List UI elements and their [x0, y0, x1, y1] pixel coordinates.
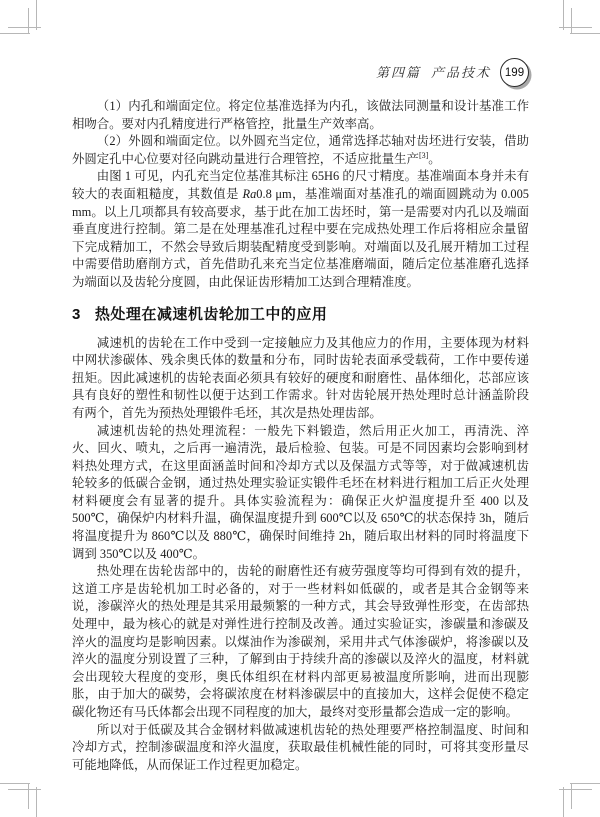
- citation-ref: [3]: [419, 151, 428, 160]
- running-head-text: 第四篇产品技术: [376, 62, 491, 83]
- paragraph-locating-method-1: （1）内孔和端面定位。将定位基准选择为内孔，该做法同测量和设计基准工作相吻合。要…: [72, 98, 529, 133]
- paragraph-conclusion: 所以对于低碳及其合金钢材料做减速机齿轮的热处理要严格控制温度、时间和冷却方式，控…: [72, 722, 529, 775]
- paragraph-datum-precision: 由图 1 可见，内孔充当定位基准其标注 65H6 的尺寸精度。基准端面本身并未有…: [72, 168, 529, 291]
- running-head: 第四篇产品技术 199: [376, 58, 529, 87]
- page-body: （1）内孔和端面定位。将定位基准选择为内孔，该做法同测量和设计基准工作相吻合。要…: [72, 98, 529, 774]
- paragraph-text: （2）外圆和端面定位。以外圆充当定位，通常选择芯轴对齿坯进行安装，借助外圆定孔中…: [72, 134, 529, 166]
- section-label: 第四篇: [376, 65, 421, 80]
- section-3-heading: 3热处理在减速机齿轮加工中的应用: [72, 303, 529, 324]
- paragraph-gear-stress: 减速机的齿轮在工作中受到一定接触应力及其他应力的作用，主要体现为材料中网状渗碳体…: [72, 335, 529, 423]
- crop-mark-top-right: [558, 0, 600, 42]
- crop-mark-bottom-right: [558, 775, 600, 817]
- crop-mark-bottom-left: [0, 775, 42, 817]
- paragraph-heat-treatment-process: 减速机齿轮的热处理流程：一般先下料锻造，然后用正火加工，再清洗、淬火、回火、喷丸…: [72, 423, 529, 564]
- section-title: 产品技术: [431, 65, 491, 80]
- roughness-symbol: Ra: [243, 187, 257, 201]
- page-number: 199: [505, 67, 524, 79]
- page-number-badge: 199: [500, 58, 529, 87]
- crop-mark-top-left: [0, 0, 42, 42]
- paragraph-text: 。: [428, 152, 440, 166]
- section-number: 3: [72, 306, 81, 323]
- scanned-book-page: 第四篇产品技术 199 （1）内孔和端面定位。将定位基准选择为内孔，该做法同测量…: [0, 0, 600, 817]
- paragraph-locating-method-2: （2）外圆和端面定位。以外圆充当定位，通常选择芯轴对齿坯进行安装，借助外圆定孔中…: [72, 133, 529, 168]
- section-title-text: 热处理在减速机齿轮加工中的应用: [95, 306, 328, 323]
- paragraph-text: 0.8 μm，基准端面对基准孔的端面圆跳动为 0.005 mm。以上几项都具有较…: [72, 187, 529, 289]
- paragraph-carburizing-quenching: 热处理在齿轮齿部中的，齿轮的耐磨性还有疲劳强度等均可得到有效的提升，这道工序是齿…: [72, 563, 529, 721]
